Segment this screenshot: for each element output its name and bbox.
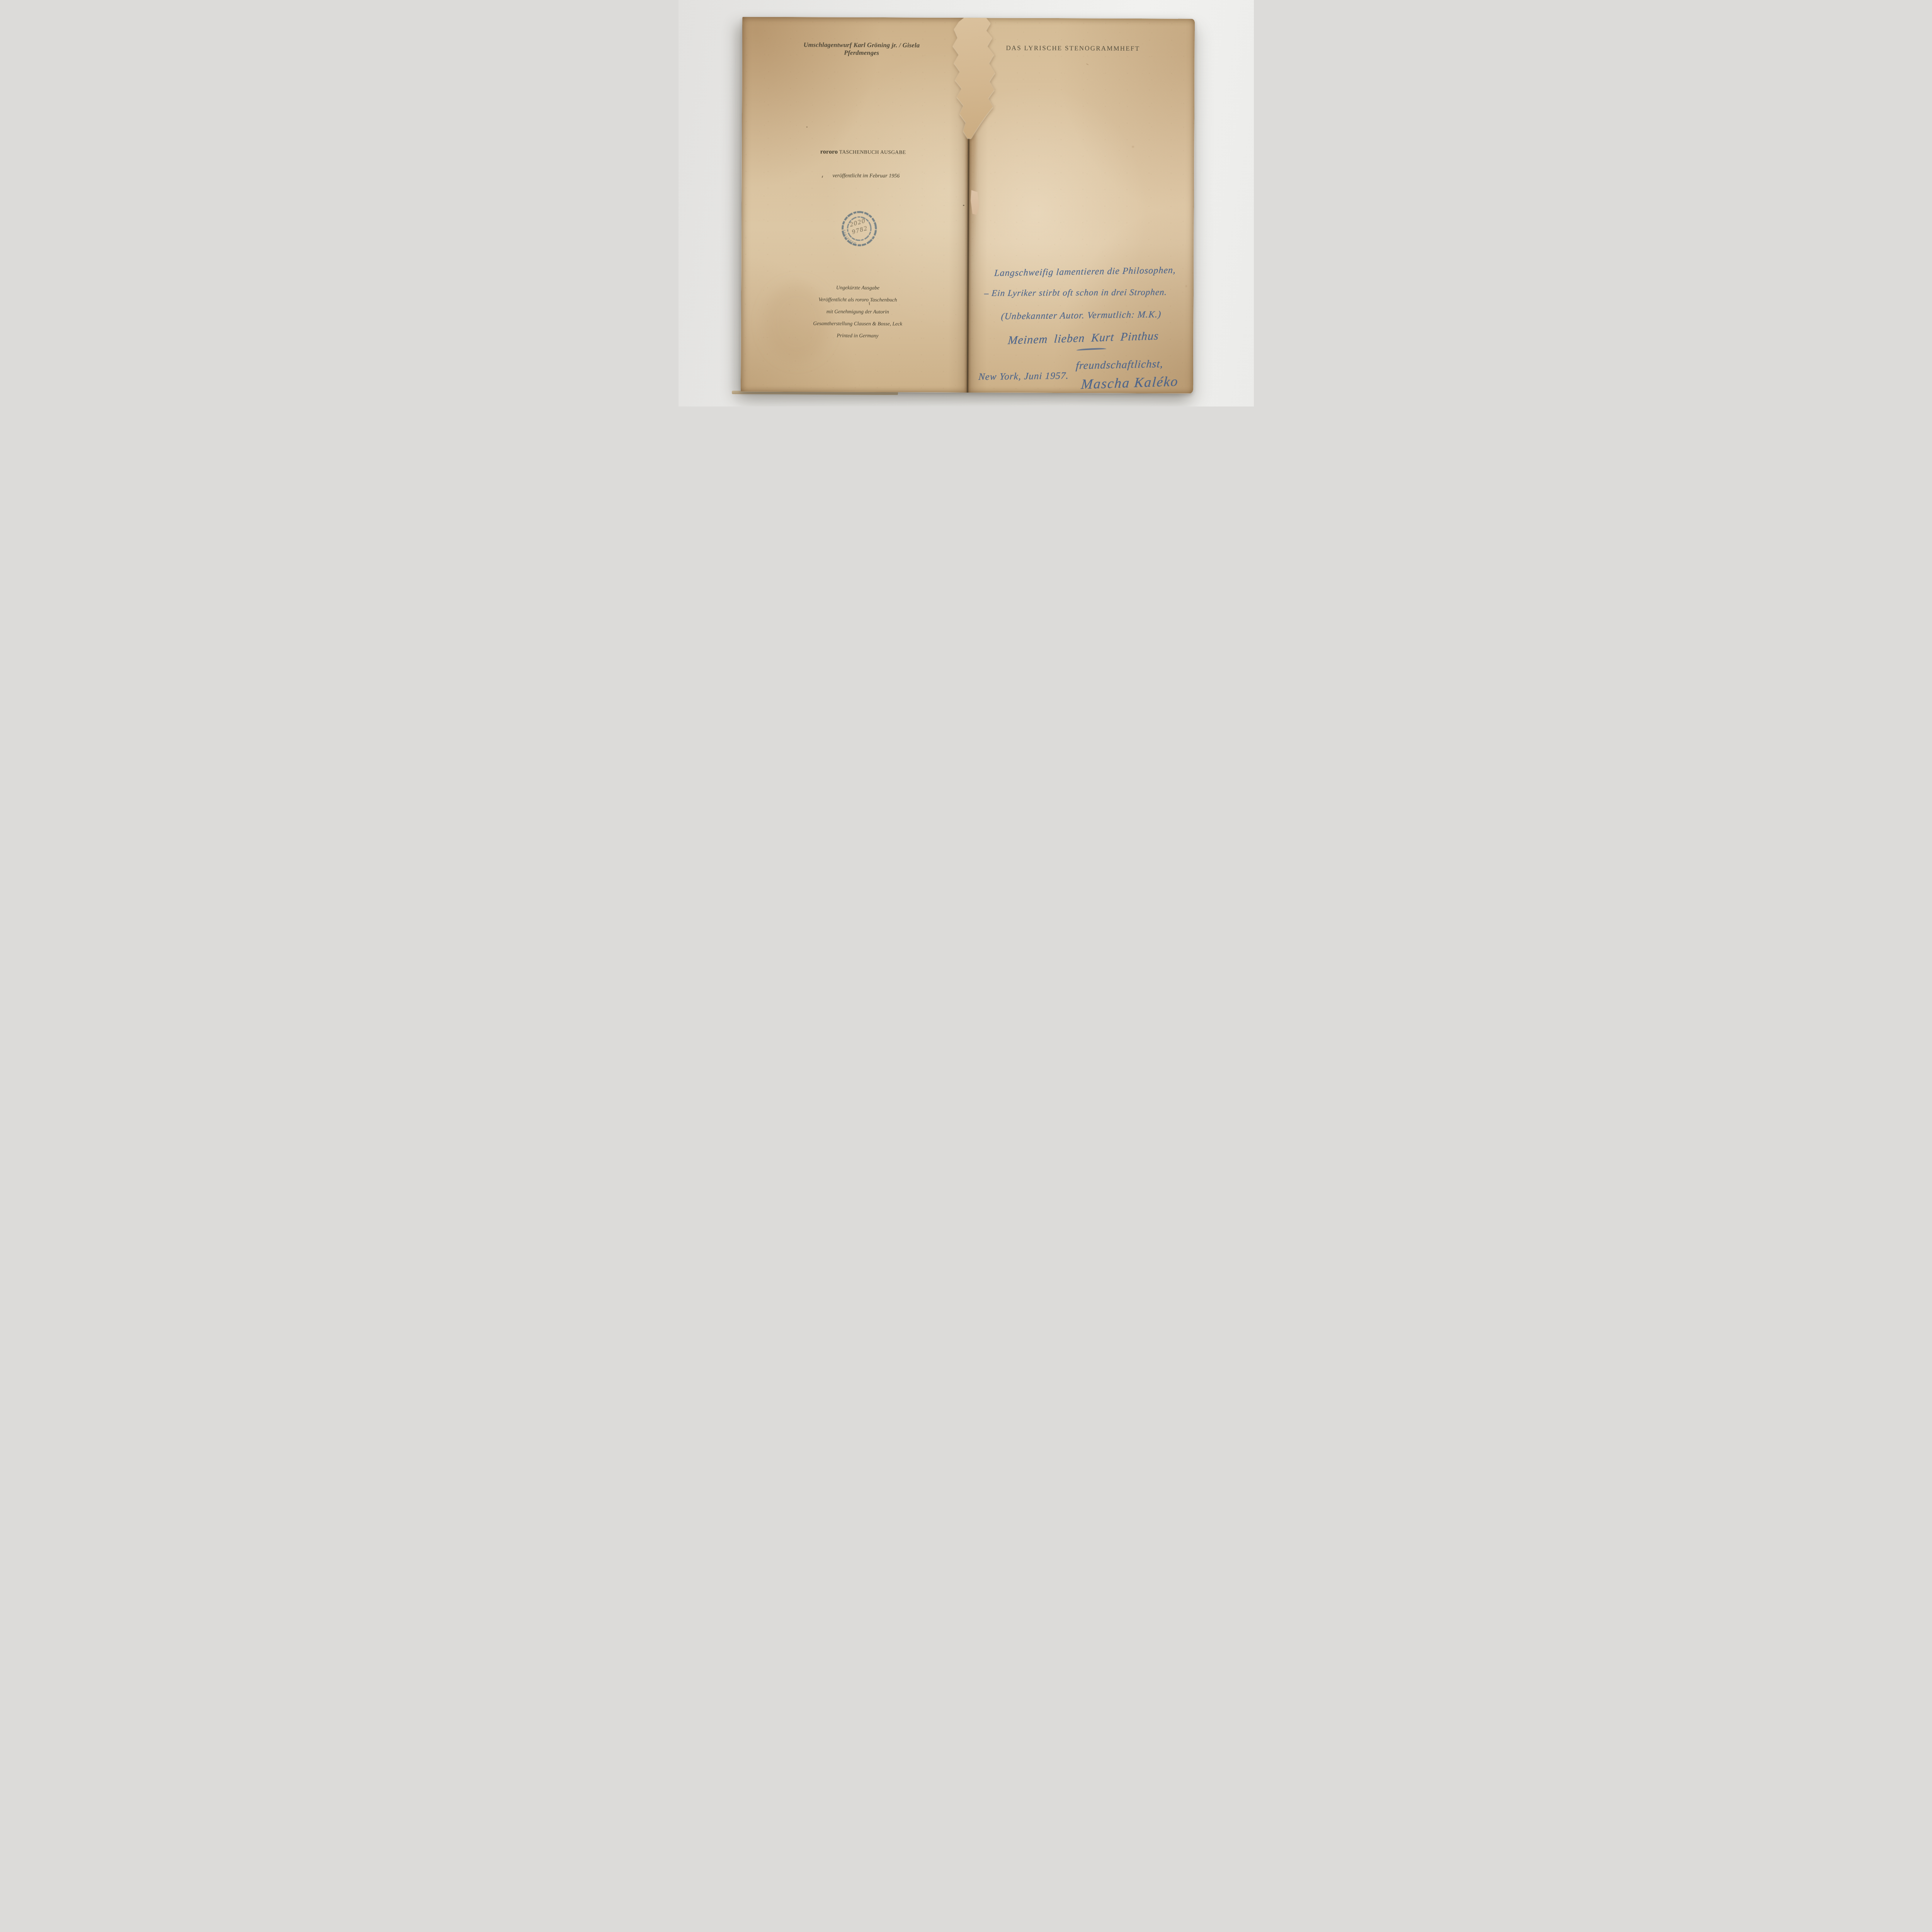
- gutter-speck: [963, 205, 964, 206]
- inscription-underlined-word: lieben: [1053, 332, 1085, 345]
- edition-caps-text: TASCHENBUCH AUSGABE: [839, 149, 906, 155]
- inscription-line-3: (Unbekannter Autor. Vermutlich: M.K.): [1000, 310, 1161, 322]
- imprint-line: Ungekürzte Ausgabe: [806, 281, 910, 294]
- inscription-line-4-post: Kurt Pinthus: [1090, 330, 1159, 344]
- cover-credit-line: Umschlagentwurf Karl Gröning jr. / Gisel…: [791, 41, 932, 57]
- half-title: DAS LYRISCHE STENOGRAMMHEFT: [1000, 44, 1145, 53]
- torn-paper-shape: [941, 17, 1002, 139]
- inscription-line-5: freundschaftlichst,: [1075, 358, 1163, 372]
- ink-speck: [869, 302, 870, 305]
- library-stamp: · Deutsches ·· ···· ···· ··· ·· ···· 202…: [837, 207, 882, 251]
- left-page: Umschlagentwurf Karl Gröning jr. / Gisel…: [740, 17, 969, 393]
- inscription-signature: Mascha Kaléko: [1080, 373, 1179, 393]
- imprint-block: Ungekürzte Ausgabe Veröffentlicht als ro…: [806, 281, 910, 342]
- inscription-line-4-pre: Meinem: [1007, 333, 1048, 347]
- publication-date-line: veröffentlicht im Februar 1956: [822, 173, 910, 179]
- paper-speck: [806, 126, 807, 128]
- inscription-date-place: New York, Juni 1957.: [978, 371, 1069, 383]
- inscription-line-2: – Ein Lyriker stirbt oft schon in drei S…: [983, 287, 1167, 298]
- imprint-line: mit Genehmigung der Autorin: [806, 305, 909, 318]
- foxing-spot: [1185, 285, 1187, 287]
- edition-line: rororo TASCHENBUCH AUSGABE: [815, 148, 911, 156]
- foxing-spot: [1132, 146, 1134, 148]
- book-photo-scene: Umschlagentwurf Karl Gröning jr. / Gisel…: [679, 0, 1254, 406]
- open-book-spread: Umschlagentwurf Karl Gröning jr. / Gisel…: [740, 17, 1194, 393]
- rororo-brand-text: rororo: [820, 148, 838, 155]
- imprint-line: Printed in Germany: [806, 329, 909, 342]
- imprint-line: Veröffentlicht als rororo Taschenbuch: [806, 293, 909, 306]
- torn-flyleaf-remnant: [941, 17, 1002, 139]
- imprint-line: Gesamtherstellung Clausen & Bosse, Leck: [806, 317, 909, 330]
